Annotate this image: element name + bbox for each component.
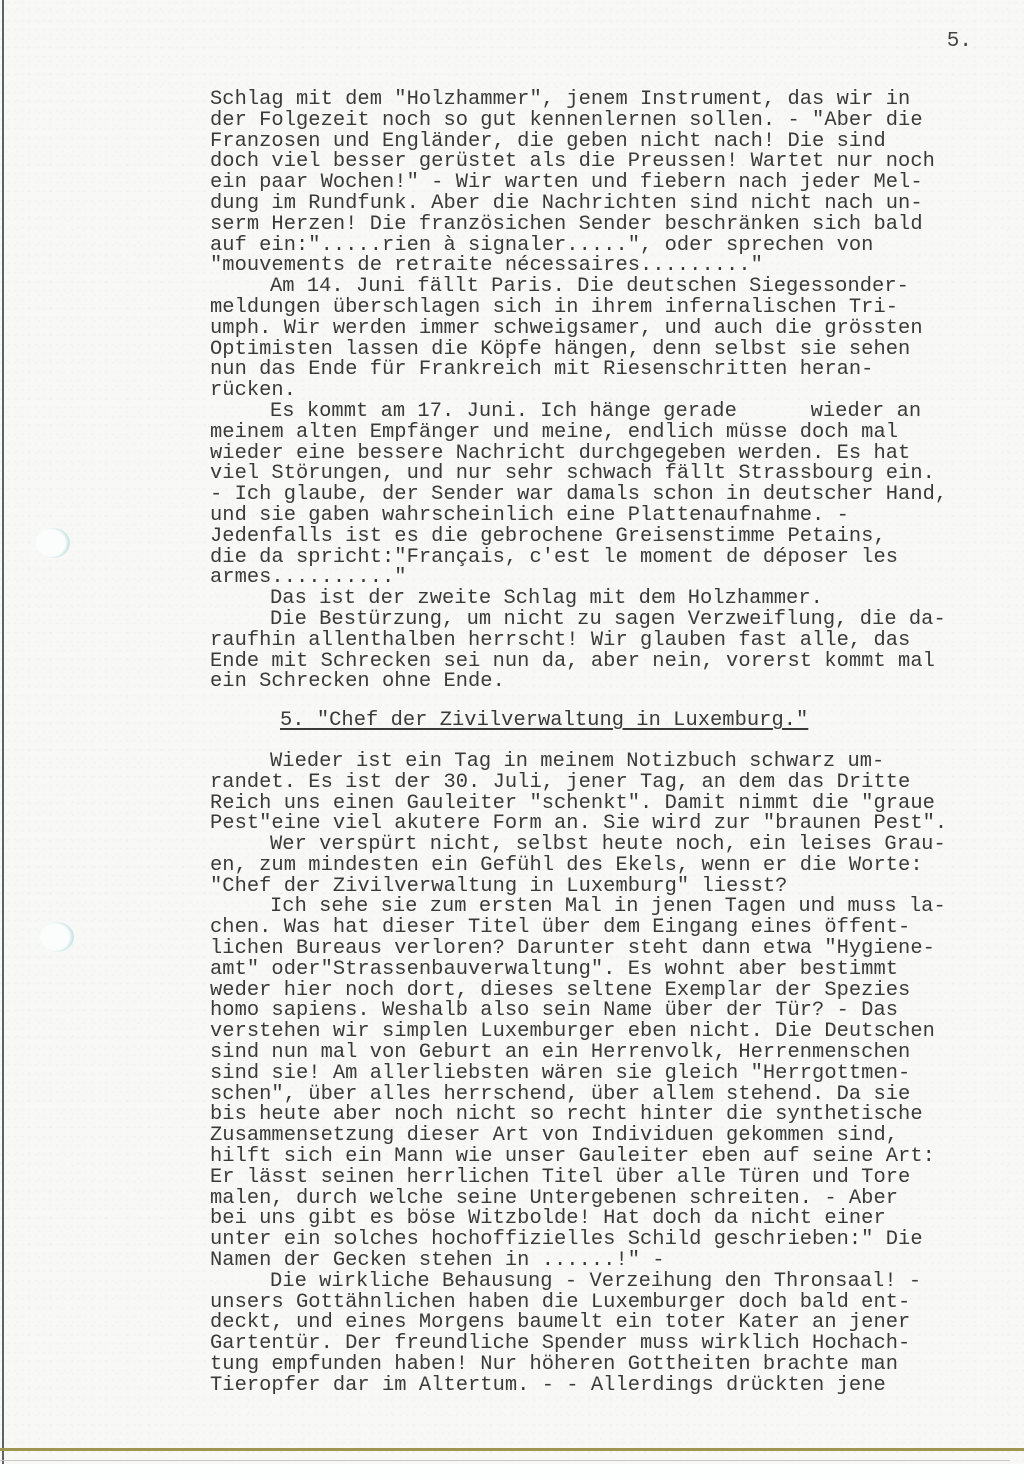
text-line: doch viel besser gerüstet als die Preuss…: [210, 152, 990, 173]
text-line: Wieder ist ein Tag in meinem Notizbuch s…: [210, 752, 990, 773]
text-line: "Chef der Zivilverwaltung in Luxemburg" …: [210, 877, 990, 898]
text-line: hilft sich ein Mann wie unser Gauleiter …: [210, 1147, 990, 1168]
text-line: deckt, und eines Morgens baumelt ein tot…: [210, 1313, 990, 1334]
text-line: Die wirkliche Behausung - Verzeihung den…: [210, 1272, 990, 1293]
text-line: rücken.: [210, 381, 990, 402]
text-line: Wer verspürt nicht, selbst heute noch, e…: [210, 835, 990, 856]
text-line: ein paar Wochen!" - Wir warten und fiebe…: [210, 173, 990, 194]
document-page: 5. Schlag mit dem "Holzhammer", jenem In…: [0, 0, 1024, 1482]
typewritten-body: Schlag mit dem "Holzhammer", jenem Instr…: [210, 90, 990, 1397]
text-line: verstehen wir simplen Luxemburger eben n…: [210, 1022, 990, 1043]
text-line: wieder eine bessere Nachricht durchgegeb…: [210, 444, 990, 465]
text-line: bei uns gibt es böse Witzbolde! Hat doch…: [210, 1209, 990, 1230]
text-line: armes..........": [210, 568, 990, 589]
text-line: bis heute aber noch nicht so recht hinte…: [210, 1105, 990, 1126]
text-line: der Folgezeit noch so gut kennenlernen s…: [210, 111, 990, 132]
text-line: tung empfunden haben! Nur höheren Gotthe…: [210, 1355, 990, 1376]
text-line: randet. Es ist der 30. Juli, jener Tag, …: [210, 773, 990, 794]
bottom-rule: [0, 1448, 1024, 1451]
text-line: dung im Rundfunk. Aber die Nachrichten s…: [210, 194, 990, 215]
text-line: Gartentür. Der freundliche Spender muss …: [210, 1334, 990, 1355]
text-line: unter ein solches hochoffizielles Schild…: [210, 1230, 990, 1251]
text-line: viel Störungen, und nur sehr schwach fäl…: [210, 464, 990, 485]
punch-hole: [36, 528, 70, 558]
text-line: Er lässt seinen herrlichen Titel über al…: [210, 1168, 990, 1189]
text-line: nun das Ende für Frankreich mit Riesensc…: [210, 360, 990, 381]
text-line: Pest"eine viel akutere Form an. Sie wird…: [210, 814, 990, 835]
text-line: unsers Gottähnlichen haben die Luxemburg…: [210, 1293, 990, 1314]
text-line: "mouvements de retraite nécessaires.....…: [210, 256, 990, 277]
text-line: meldungen überschlagen sich in ihrem inf…: [210, 298, 990, 319]
text-line: en, zum mindesten ein Gefühl des Ekels, …: [210, 856, 990, 877]
text-line: lichen Bureaus verloren? Darunter steht …: [210, 939, 990, 960]
text-line: sind nun mal von Geburt an ein Herrenvol…: [210, 1043, 990, 1064]
text-line: ein Schrecken ohne Ende.: [210, 672, 990, 693]
text-line: und sie gaben wahrscheinlich eine Platte…: [210, 506, 990, 527]
section-heading: 5. "Chef der Zivilverwaltung in Luxembur…: [210, 711, 990, 732]
text-line: Optimisten lassen die Köpfe hängen, denn…: [210, 340, 990, 361]
text-line: serm Herzen! Die französichen Sender bes…: [210, 215, 990, 236]
text-line: umph. Wir werden immer schweigsamer, und…: [210, 319, 990, 340]
text-line: Ende mit Schrecken sei nun da, aber nein…: [210, 652, 990, 673]
text-line: chen. Was hat dieser Titel über dem Eing…: [210, 918, 990, 939]
text-line: amt" oder"Strassenbauverwaltung". Es woh…: [210, 960, 990, 981]
text-line: Franzosen und Engländer, die geben nicht…: [210, 132, 990, 153]
scan-edge: [0, 1464, 1024, 1482]
text-line: Zusammensetzung dieser Art von Individue…: [210, 1126, 990, 1147]
text-line: Ich sehe sie zum ersten Mal in jenen Tag…: [210, 897, 990, 918]
punch-hole: [40, 922, 74, 952]
text-line: malen, durch welche seine Untergebenen s…: [210, 1189, 990, 1210]
bottom-divider: [0, 1460, 1010, 1461]
text-line: homo sapiens. Weshalb also sein Name übe…: [210, 1001, 990, 1022]
text-line: weder hier noch dort, dieses seltene Exe…: [210, 981, 990, 1002]
page-number: 5.: [947, 30, 972, 53]
text-line: meinem alten Empfänger und meine, endlic…: [210, 423, 990, 444]
text-line: Das ist der zweite Schlag mit dem Holzha…: [210, 589, 990, 610]
text-line: Die Bestürzung, um nicht zu sagen Verzwe…: [210, 610, 990, 631]
text-line: schen", über alles herrschend, über alle…: [210, 1085, 990, 1106]
text-line: Am 14. Juni fällt Paris. Die deutschen S…: [210, 277, 990, 298]
text-line: Namen der Gecken stehen in ......!" -: [210, 1251, 990, 1272]
text-line: Reich uns einen Gauleiter "schenkt". Dam…: [210, 794, 990, 815]
text-line: Es kommt am 17. Juni. Ich hänge gerade w…: [210, 402, 990, 423]
text-line: die da spricht:"Français, c'est le momen…: [210, 548, 990, 569]
text-line: Tieropfer dar im Altertum. - - Allerding…: [210, 1376, 990, 1397]
text-line: - Ich glaube, der Sender war damals scho…: [210, 485, 990, 506]
text-line: Jedenfalls ist es die gebrochene Greisen…: [210, 527, 990, 548]
text-line: Schlag mit dem "Holzhammer", jenem Instr…: [210, 90, 990, 111]
page-edge: [2, 0, 4, 1470]
text-line: sind sie! Am allerliebsten wären sie gle…: [210, 1064, 990, 1085]
text-line: raufhin allenthalben herrscht! Wir glaub…: [210, 631, 990, 652]
text-line: auf ein:".....rien à signaler.....", ode…: [210, 236, 990, 257]
